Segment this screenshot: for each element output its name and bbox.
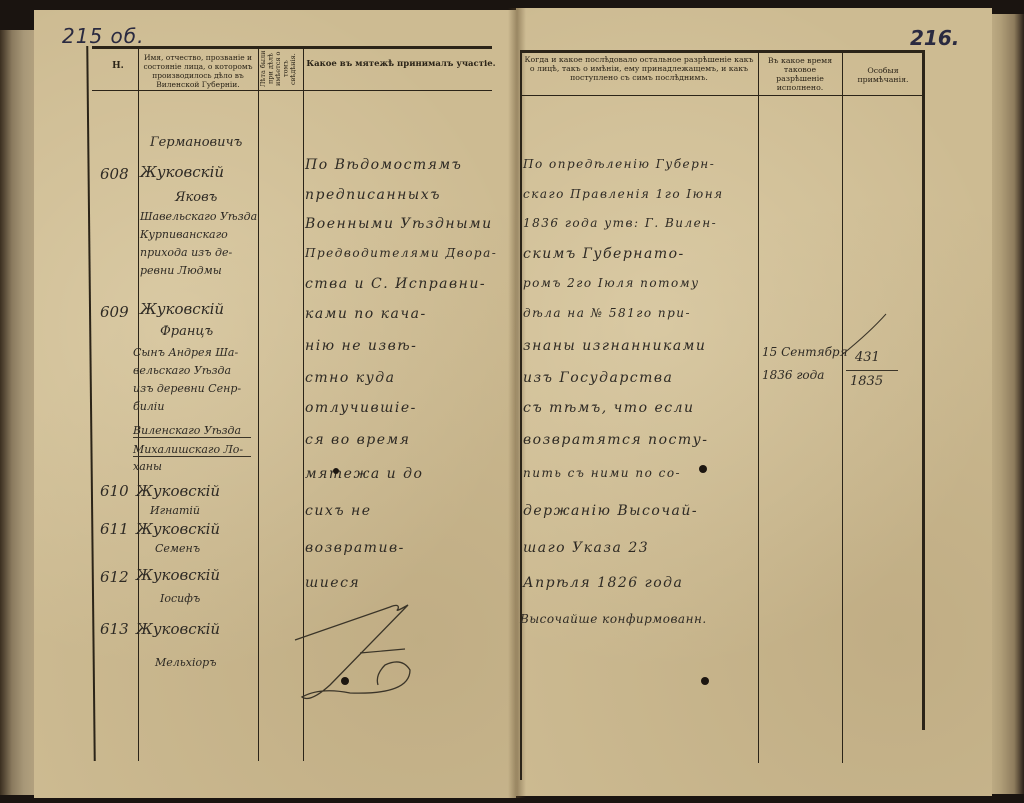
decision-line: пить съ ними по со- (523, 466, 681, 480)
participation-line: нію не извѣ- (305, 338, 417, 354)
entry-note-line: ханы (133, 460, 162, 473)
right-outer-vline (922, 50, 925, 730)
notes-denominator: 1835 (850, 374, 883, 389)
folio-number-left: 215 об. (62, 24, 144, 48)
entry-line: Жуковскій (136, 566, 220, 584)
entry-line: Жуковскій (140, 163, 224, 181)
executed-date-line: 1836 года (762, 368, 824, 382)
header-name: Имя, отчество, прозваніе и состояніе лиц… (140, 53, 256, 89)
left-page (34, 10, 516, 798)
decision-line: знаны изгнанниками (523, 338, 706, 354)
entry-line: Мельхіоръ (155, 656, 216, 669)
right-col2-vline (842, 53, 843, 763)
participation-line: ками по кача- (305, 306, 427, 322)
decision-line: скаго Правленія 1го Іюня (523, 187, 724, 201)
entry-number: 613 (100, 620, 129, 638)
entry-line: Жуковскій (136, 482, 220, 500)
entry-line: вельскаго Уѣзда (133, 364, 231, 377)
entry-line: ревни Людмы (140, 264, 222, 277)
right-col1-vline (758, 53, 759, 763)
entry-line: Шавельскаго Уѣзда (140, 210, 257, 223)
decision-line: изъ Государства (523, 370, 673, 386)
header-vertical: Лѣта были при дѣлѣ имѣется о томъ свѣдѣн… (260, 50, 302, 88)
binding-hole (699, 465, 707, 473)
entry-line: Іосифъ (160, 592, 200, 605)
decision-line: возвратятся посту- (523, 432, 708, 448)
entry-number: 612 (100, 568, 129, 586)
notes-fraction-bar (846, 370, 898, 371)
right-top-rule (520, 50, 925, 53)
participation-line: ства и С. Исправни- (305, 276, 486, 292)
entry-line: биліи (133, 400, 164, 413)
entry-line: Жуковскій (136, 520, 220, 538)
entry-line: Францъ (160, 324, 213, 339)
entry-line: Жуковскій (136, 620, 220, 638)
participation-line: предписанныхъ (305, 187, 441, 203)
header-executed: Въ какое время таковое разрѣшеніе исполн… (760, 56, 840, 92)
right-inner-vline (520, 50, 522, 780)
folio-number-right: 216. (910, 26, 959, 50)
entry-line: изъ деревни Сенр- (133, 382, 241, 395)
entry-line: Сынъ Андрея Ша- (133, 346, 238, 359)
entry-line: прихода изъ де- (140, 246, 232, 259)
decision-line: По опредѣленію Губерн- (523, 157, 715, 171)
participation-line: Предводителями Двора- (305, 246, 497, 260)
participation-line: стно куда (305, 370, 395, 386)
decision-line: держанію Высочай- (523, 503, 698, 519)
header-notes: Особыя примѣчанія. (844, 66, 922, 84)
decision-line: скимъ Губернато- (523, 246, 685, 262)
decision-line: шаго Указа 23 (523, 540, 649, 556)
header-participation: Какое въ мятежѣ принималъ участіе. (306, 60, 496, 69)
left-top-rule (92, 46, 492, 49)
decision-line: Высочайше конфирмованн. (520, 612, 707, 626)
binding-hole (333, 468, 339, 474)
binding-hole (341, 677, 349, 685)
decision-line: Апрѣля 1826 года (523, 575, 683, 591)
participation-line: По Вѣдомостямъ (305, 157, 462, 173)
header-number: Н. (100, 62, 136, 71)
entry-line: Игнатій (150, 504, 200, 517)
participation-line: возвратив- (305, 540, 405, 556)
entry-number: 611 (100, 520, 129, 538)
decision-line: съ тѣмъ, что если (523, 400, 695, 416)
entry-line: Курпиванскаго (140, 228, 228, 241)
entry-line: Семенъ (155, 542, 200, 555)
left-header-rule (92, 90, 492, 91)
left-col2-vline (258, 49, 259, 761)
entry-number: 610 (100, 482, 129, 500)
executed-date-line: 15 Сентября (762, 345, 848, 359)
participation-line: ся во время (305, 432, 410, 448)
signature-flourish (290, 595, 430, 705)
right-header-rule (520, 95, 925, 96)
decision-line: дѣла на № 581го при- (523, 306, 691, 320)
participation-line: мятежа и до (305, 466, 423, 482)
decision-line: 1836 года утв: Г. Вилен- (523, 216, 717, 230)
notes-slash-stroke (840, 312, 890, 357)
entry-number: 609 (100, 303, 129, 321)
participation-line: сихъ не (305, 503, 372, 519)
ledger-spread: 215 об. 216. Н. Имя, отчество, прозваніе… (0, 0, 1024, 803)
header-decision: Когда и какое послѣдовало остальное разр… (522, 55, 756, 82)
participation-line: отлучившіе- (305, 400, 417, 416)
participation-line: Военными Уѣздными (305, 216, 493, 232)
entry-line: Яковъ (175, 190, 217, 205)
participation-line: шиеся (305, 575, 360, 591)
entry-number: 608 (100, 165, 129, 183)
entry-note-line: Михалишскаго Ло- (133, 443, 251, 457)
entry-line: Жуковскій (140, 300, 224, 318)
binding-hole (701, 677, 709, 685)
entry-note-line: Виленскаго Уѣзда (133, 424, 251, 438)
entry-line: Германовичъ (150, 135, 242, 150)
decision-line: ромъ 2го Іюля потому (523, 276, 700, 290)
